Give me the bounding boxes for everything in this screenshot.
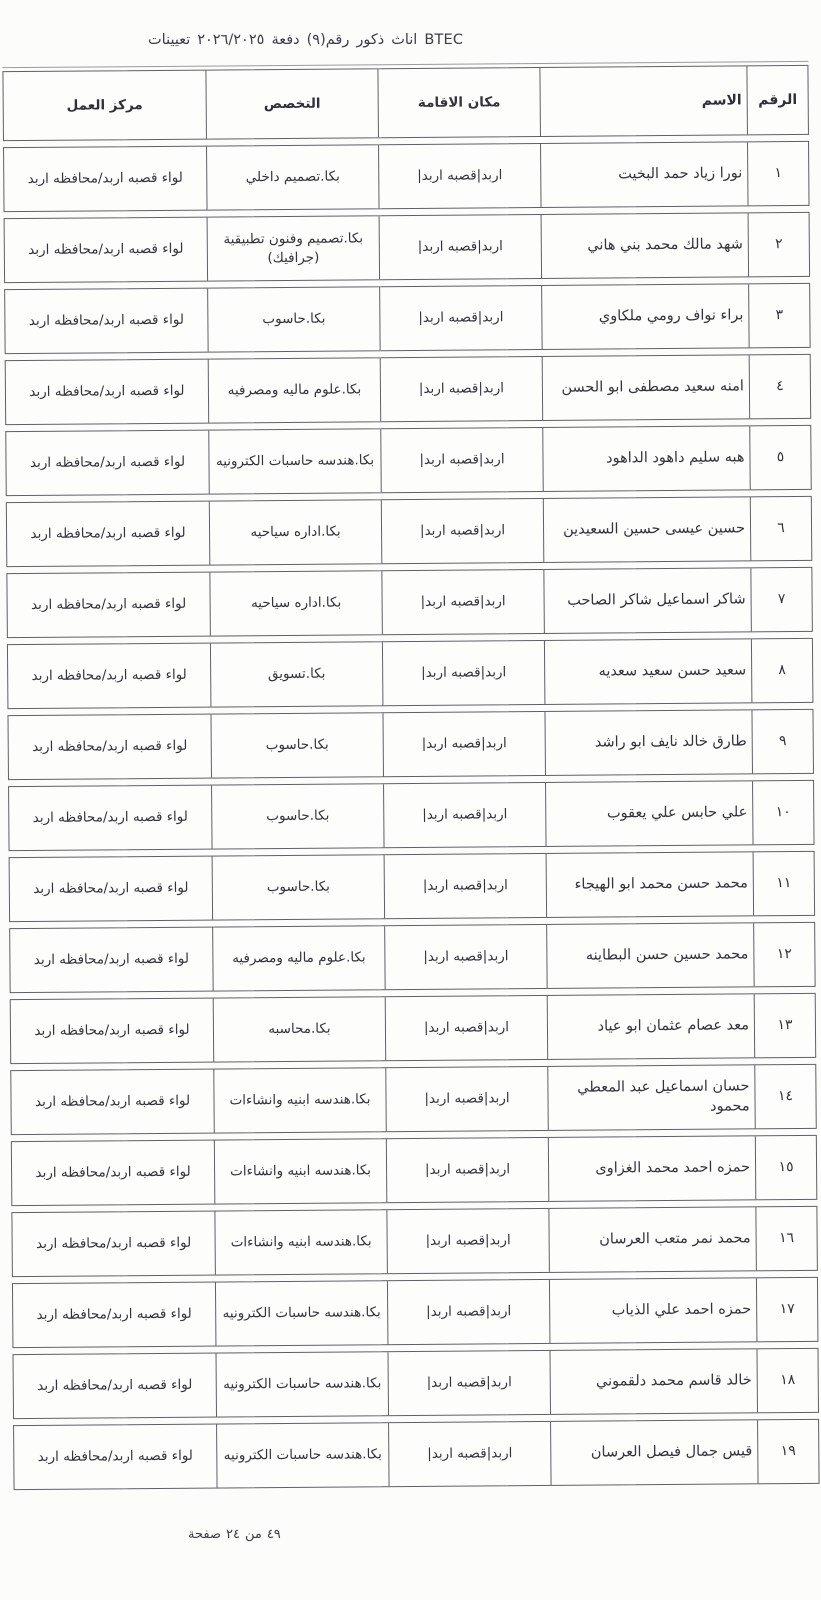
cell-row-number: ١٣ [754,994,815,1057]
table-row: ٨ سعيد حسن سعيد سعديه اربد|قصبه اربد| بك… [7,638,813,709]
appointments-table: الرقم الاسم مكان الاقامة التخصص مركز الع… [2,61,819,1496]
table-row: ١٦ محمد نمر متعب العرسان اربد|قصبه اربد|… [11,1206,817,1277]
cell-residence: اربد|قصبه اربد| [379,215,541,279]
cell-name: قيس جمال فيصل العرسان [550,1420,757,1485]
cell-work-center: لواء قصبه اربد/محافظه اربد [13,1283,215,1348]
table-row: ٢ شهد مالك محمد بني هاني اربد|قصبه اربد|… [4,212,810,283]
cell-residence: اربد|قصبه اربد| [387,1280,549,1344]
cell-work-center: لواء قصبه اربد/محافظه اربد [14,1425,216,1490]
cell-row-number: ٣ [748,284,809,347]
table-row: ١٣ معد عصام عثمان ابو عياد اربد|قصبه ارب… [10,993,816,1064]
table-row: ١٢ محمد حسين حسن البطاينه اربد|قصبه اربد… [9,922,815,993]
cell-work-center: لواء قصبه اربد/محافظه اربد [4,147,206,212]
cell-name: شاكر اسماعيل شاكر الصاحب [543,568,750,633]
cell-name: هبه سليم داهود الداهود [542,426,749,491]
cell-specialization: بكا.حاسوب [211,784,383,848]
cell-row-number: ١٧ [756,1278,817,1341]
table-body: ١ نورا زياد حمد البخيت اربد|قصبه اربد| ب… [3,141,820,1490]
cell-name: حمزه احمد محمد الغزاوى [548,1136,755,1201]
title-token: دفعة [271,32,299,48]
cell-specialization: بكا.اداره سياحيه [209,500,381,564]
title-token-year: ٢٠٢٦/٢٠٢٥ [197,32,264,48]
cell-work-center: لواء قصبه اربد/محافظه اربد [8,715,210,780]
cell-work-center: لواء قصبه اربد/محافظه اربد [11,1070,213,1135]
header-cell-specialization: التخصص [205,69,378,138]
table-row: ٩ طارق خالد نايف ابو راشد اربد|قصبه اربد… [7,709,813,780]
cell-specialization: بكا.هندسه حاسبات الكترونيه [216,1423,388,1487]
page-title: تعيينات ٢٠٢٦/٢٠٢٥ دفعة رقم(٩) ذكور اناث … [148,32,463,48]
title-token-btec: BTEC [424,32,463,48]
cell-row-number: ٦ [750,497,811,560]
cell-work-center: لواء قصبه اربد/محافظه اربد [7,502,209,567]
table-row: ١١ محمد حسن محمد ابو الهيجاء اربد|قصبه ا… [9,851,815,922]
cell-specialization: بكا.تصميم داخلي [206,145,378,209]
title-token: تعيينات [148,32,190,48]
table-row: ١٩ قيس جمال فيصل العرسان اربد|قصبه اربد|… [13,1419,819,1490]
table-row: ٤ امنه سعيد مصطفى ابو الحسن اربد|قصبه ار… [5,354,811,425]
cell-row-number: ١٥ [755,1136,816,1199]
table-header-row: الرقم الاسم مكان الاقامة التخصص مركز الع… [2,65,809,141]
cell-residence: اربد|قصبه اربد| [381,570,543,634]
cell-residence: اربد|قصبه اربد| [382,712,544,776]
header-cell-residence: مكان الاقامة [377,68,540,137]
cell-residence: اربد|قصبه اربد| [380,357,542,421]
cell-name: براء نواف رومي ملكاوي [541,284,748,349]
cell-row-number: ٢ [748,213,809,276]
cell-residence: اربد|قصبه اربد| [384,854,546,918]
cell-residence: اربد|قصبه اربد| [381,499,543,563]
cell-work-center: لواء قصبه اربد/محافظه اربد [12,1141,214,1206]
cell-name: شهد مالك محمد بني هاني [541,213,748,278]
cell-row-number: ١٨ [756,1349,817,1412]
cell-row-number: ٨ [751,639,812,702]
cell-work-center: لواء قصبه اربد/محافظه اربد [6,431,208,496]
cell-row-number: ١٦ [755,1207,816,1270]
title-token: ذكور [356,32,384,48]
cell-residence: اربد|قصبه اربد| [388,1351,550,1415]
cell-name: معد عصام عثمان ابو عياد [547,994,754,1059]
cell-name: سعيد حسن سعيد سعديه [544,639,751,704]
cell-specialization: بكا.هندسه حاسبات الكترونيه [208,429,380,493]
title-token-batch-number: رقم(٩) [307,32,350,48]
cell-residence: اربد|قصبه اربد| [383,783,545,847]
cell-specialization: بكا.حاسوب [207,287,379,351]
cell-work-center: لواء قصبه اربد/محافظه اربد [5,218,207,283]
cell-work-center: لواء قصبه اربد/محافظه اربد [5,289,207,354]
footer-token-page-number: ٢٤ [226,1527,240,1542]
cell-specialization: بكا.محاسبه [213,997,385,1061]
cell-residence: اربد|قصبه اربد| [380,428,542,492]
cell-work-center: لواء قصبه اربد/محافظه اربد [11,999,213,1064]
cell-name: محمد نمر متعب العرسان [548,1207,755,1272]
table-row: ١٨ خالد قاسم محمد دلقموني اربد|قصبه اربد… [13,1348,819,1419]
cell-specialization: بكا.هندسه ابنيه وانشاءات [214,1139,386,1203]
cell-row-number: ٤ [749,355,810,418]
cell-work-center: لواء قصبه اربد/محافظه اربد [14,1354,216,1419]
cell-specialization: بكا.هندسه حاسبات الكترونيه [215,1281,387,1345]
table-row: ١٤ حسان اسماعيل عبد المعطي محمود اربد|قص… [10,1064,816,1135]
cell-name: حسين عيسى حسين السعيدين [543,497,750,562]
cell-specialization: بكا.علوم ماليه ومصرفيه [212,926,384,990]
cell-specialization: بكا.علوم ماليه ومصرفيه [208,358,380,422]
cell-row-number: ١٠ [752,781,813,844]
cell-residence: اربد|قصبه اربد| [382,641,544,705]
cell-work-center: لواء قصبه اربد/محافظه اربد [10,928,212,993]
table-row: ١٠ علي حابس علي يعقوب اربد|قصبه اربد| بك… [8,780,814,851]
cell-residence: اربد|قصبه اربد| [379,286,541,350]
cell-work-center: لواء قصبه اربد/محافظه اربد [9,786,211,851]
footer-token: صفحة [188,1527,221,1542]
cell-specialization: بكا.هندسه ابنيه وانشاءات [213,1068,385,1132]
cell-row-number: ١ [747,142,808,205]
cell-name: حمزه احمد علي الذياب [549,1278,756,1343]
table-row: ١ نورا زياد حمد البخيت اربد|قصبه اربد| ب… [3,141,809,212]
cell-residence: اربد|قصبه اربد| [385,996,547,1060]
cell-specialization: بكا.هندسه ابنيه وانشاءات [214,1210,386,1274]
table-row: ١٧ حمزه احمد علي الذياب اربد|قصبه اربد| … [12,1277,818,1348]
cell-work-center: لواء قصبه اربد/محافظه اربد [6,360,208,425]
cell-name: طارق خالد نايف ابو راشد [544,710,751,775]
title-token: اناث [391,32,417,48]
cell-name: حسان اسماعيل عبد المعطي محمود [547,1065,754,1130]
header-cell-number: الرقم [746,66,808,134]
cell-residence: اربد|قصبه اربد| [384,925,546,989]
cell-name: محمد حسين حسن البطاينه [546,923,753,988]
cell-row-number: ١١ [753,852,814,915]
page-footer: صفحة ٢٤ من ٤٩ [188,1527,281,1542]
footer-token: من [245,1527,262,1542]
cell-residence: اربد|قصبه اربد| [388,1422,550,1486]
footer-token-page-count: ٤٩ [267,1527,281,1542]
cell-specialization: بكا.هندسه حاسبات الكترونيه [216,1352,388,1416]
cell-name: امنه سعيد مصطفى ابو الحسن [542,355,749,420]
cell-row-number: ٥ [749,426,810,489]
table-row: ٧ شاكر اسماعيل شاكر الصاحب اربد|قصبه ارب… [6,567,812,638]
cell-name: محمد حسن محمد ابو الهيجاء [546,852,753,917]
cell-specialization: بكا.حاسوب [212,855,384,919]
cell-row-number: ١٤ [754,1065,815,1128]
cell-row-number: ٩ [751,710,812,773]
header-cell-name: الاسم [539,66,747,136]
cell-work-center: لواء قصبه اربد/محافظه اربد [10,857,212,922]
header-cell-work-center: مركز العمل [3,71,206,141]
cell-specialization: بكا.حاسوب [210,713,382,777]
cell-row-number: ١٩ [757,1420,818,1483]
cell-name: خالد قاسم محمد دلقموني [550,1349,757,1414]
cell-specialization: بكا.تصميم وفنون تطبيقية (جرافيك) [207,216,379,280]
cell-name: علي حابس علي يعقوب [545,781,752,846]
cell-work-center: لواء قصبه اربد/محافظه اربد [8,644,210,709]
cell-row-number: ٧ [750,568,811,631]
cell-residence: اربد|قصبه اربد| [378,144,540,208]
cell-row-number: ١٢ [753,923,814,986]
cell-residence: اربد|قصبه اربد| [386,1209,548,1273]
cell-specialization: بكا.تسويق [210,642,382,706]
table-row: ١٥ حمزه احمد محمد الغزاوى اربد|قصبه اربد… [11,1135,817,1206]
cell-work-center: لواء قصبه اربد/محافظه اربد [12,1212,214,1277]
table-row: ٥ هبه سليم داهود الداهود اربد|قصبه اربد|… [5,425,811,496]
table-row: ٣ براء نواف رومي ملكاوي اربد|قصبه اربد| … [4,283,810,354]
cell-residence: اربد|قصبه اربد| [386,1138,548,1202]
cell-specialization: بكا.اداره سياحيه [209,571,381,635]
cell-residence: اربد|قصبه اربد| [385,1067,547,1131]
table-row: ٦ حسين عيسى حسين السعيدين اربد|قصبه اربد… [6,496,812,567]
cell-name: نورا زياد حمد البخيت [540,142,747,207]
cell-work-center: لواء قصبه اربد/محافظه اربد [7,573,209,638]
